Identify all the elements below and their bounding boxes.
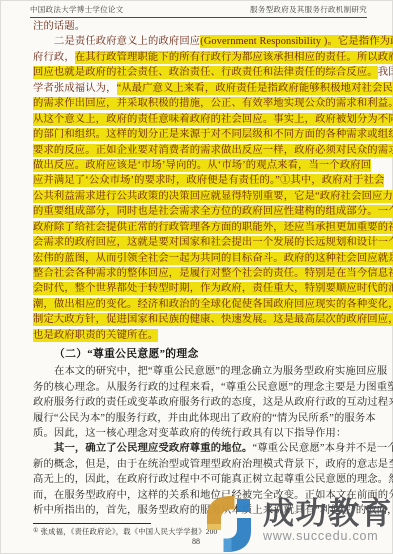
text-line: 政府服务行政的责任或变革政府服务行政的态度，这是从政府行政的互动过程来 — [33, 395, 367, 410]
highlighted-text: 也是政府职责的关键所在。 — [33, 330, 158, 341]
highlighted-text: 的重要组成部分，同时也是社会需求全方位的政府回应性建构的组成部分。一个 — [33, 206, 393, 217]
plain-text: 政府服务行政的责任或变革政府服务行政的态度，这是从政府行政的互动过程来 — [33, 397, 393, 408]
text-line: 会需求的政府回应，这就是要对国家和社会提出一个发展的长远规划和设计一个 — [33, 235, 367, 250]
text-line: 质。因此，这一核心理念对变革政府的传统行政具有以下指导作用： — [33, 426, 367, 441]
thesis-page: 中国政法大学博士学位论文 服务型政府及其服务行政机制研究 注的话题。二是责任政府… — [0, 0, 393, 554]
section-heading: （二）“尊重公民意愿”的理念 — [33, 346, 367, 362]
page-header: 中国政法大学博士学位论文 服务型政府及其服务行政机制研究 — [30, 4, 367, 18]
plain-text: 府行政， — [33, 52, 75, 63]
highlighted-text: 的部门和组织。这样的划分正是来源于对不同层级和不同方面的各种需求或组织 — [33, 129, 393, 140]
text-line: 回应也就是政府的社会责任、政治责任、行政责任和法律责任的综合反应。我国 — [33, 65, 367, 80]
highlighted-text: 要求的反应。正如企业要对消费者的需求做出反应一样，政府必须对民众的需求 — [33, 145, 393, 156]
text-line: 务的核心理念。从服务行政的过程来看，“尊重公民意愿”的理念主要是力图重塑 — [33, 380, 367, 395]
text-line: 的重要组成部分，同时也是社会需求全方位的政府回应性建构的组成部分。一个 — [33, 204, 367, 219]
text-line: 其一，确立了公民理应受政府尊重的地位。“尊重公民意愿”本身并不是一个 — [33, 441, 367, 456]
watermark: 成功教育 www.succedu.com — [200, 494, 393, 554]
highlighted-text: “从最广意义上来看，政府责任是指政府能够积极地对社会民众 — [117, 83, 393, 94]
text-line: 注的话题。 — [33, 19, 367, 34]
text-line: 也是政府职责的关键所在。 — [33, 328, 367, 343]
watermark-brand: 成功教育 — [263, 498, 393, 529]
text-line: 学者张成福认为，“从最广意义上来看，政府责任是指政府能够积极地对社会民众 — [33, 81, 367, 96]
highlighted-text: 整合社会各种需求的整体回应，是履行对整个社会的责任。特别是在当今信息社 — [33, 268, 393, 279]
footnote-divider — [33, 523, 151, 524]
plain-text: 学者张成福认为， — [33, 83, 117, 94]
highlighted-text: 应并满足了‘公众市场’的要求时，政府便是有责任的。”①其中，政府对于社会 — [33, 175, 384, 186]
plain-text: 新的概念，但是，由于在统治型或管理型政府治理模式背景下，政府的意志是至 — [33, 459, 393, 470]
text-line: 在本文的研究中，把“尊重公民意愿”的理念确立为服务型政府实施回应服 — [33, 364, 367, 379]
footnote-marker: ① — [33, 528, 39, 534]
text-line: 会时代，整个世界都处于转型时期，作为政府，责任重大，特别要顺应时代的浪 — [33, 281, 367, 296]
text-line: 制定大政方针，促进国家和民族的健康、快速发展。这是最高层次的政府回应， — [33, 312, 367, 327]
running-title-left: 中国政法大学博士学位论文 — [30, 4, 124, 15]
text-line: 宏伟的蓝图，从而引领全社会一起为共同的目标奋斗。政府的这种社会回应就是 — [33, 251, 367, 266]
text-line: 整合社会各种需求的整体回应，是履行对整个社会的责任。特别是在当今信息社 — [33, 266, 367, 281]
highlighted-text: 的需求作出回应，并采取积极的措施，公正、有效率地实现公众的需求和利益。 — [33, 98, 393, 109]
plain-text: 其一，确立了公民理应受政府尊重的地位。 — [54, 443, 253, 454]
text-line: 二是责任政府意义上的政府回应(Government Responsibility… — [33, 34, 367, 49]
plain-text: 在本文的研究中，把“尊重公民意愿”的理念确立为服务型政府实施回应服 — [54, 366, 387, 377]
plain-text: 我国 — [378, 67, 393, 78]
text-line: 的需求作出回应，并采取积极的措施，公正、有效率地实现公众的需求和利益。 — [33, 96, 367, 111]
running-title-right: 服务型政府及其服务行政机制研究 — [250, 4, 367, 15]
paragraph-government-responsibility: 注的话题。二是责任政府意义上的政府回应(Government Responsib… — [33, 19, 367, 343]
text-line: 公共利益需求进行公共政策的决策回应就显得特别重要，它是“政府社会回应力” — [33, 189, 367, 204]
text-line: 做出反应。政府应该是‘市场’导向的。从‘市场’的观点来看，当一个政府回 — [33, 158, 367, 173]
thesis-body: 注的话题。二是责任政府意义上的政府回应(Government Responsib… — [33, 19, 367, 537]
highlighted-text: 制定大政方针，促进国家和民族的健康、快速发展。这是最高层次的政府回应， — [33, 314, 393, 325]
watermark-url: www.succedu.com — [263, 529, 393, 543]
succedu-logo-icon — [200, 494, 258, 554]
highlighted-text: 从这个意义上，政府的责任意味着政府的社会回应。事实上，政府被划分为不同 — [33, 114, 393, 125]
text-line: 的部门和组织。这样的划分正是来源于对不同层级和不同方面的各种需求或组织 — [33, 127, 367, 142]
highlighted-text: 在其行政管理职能下的所有行政行为都应该承担相应的责任。所以政府 — [75, 52, 393, 63]
highlighted-text: 会时代，整个世界都处于转型时期，作为政府，责任重大，特别要顺应时代的浪 — [33, 283, 393, 294]
highlighted-text: 宏伟的蓝图，从而引领全社会一起为共同的目标奋斗。政府的这种社会回应就是 — [33, 253, 393, 264]
plain-text: 注的话题。 — [33, 21, 85, 32]
text-line: 新的概念，但是，由于在统治型或管理型政府治理模式背景下，政府的意志是至 — [33, 457, 367, 472]
text-line: 应并满足了‘公众市场’的要求时，政府便是有责任的。”①其中，政府对于社会 — [33, 173, 367, 188]
highlighted-text: 做出反应。政府应该是‘市场’导向的。从‘市场’的观点来看，当一个政府回 — [33, 160, 371, 171]
text-line: 府行政，在其行政管理职能下的所有行政行为都应该承担相应的责任。所以政府 — [33, 50, 367, 65]
highlighted-text: 回应也就是政府的社会责任、政治责任、行政责任和法律责任的综合反应。 — [33, 67, 378, 78]
plain-text: 履行“公民为本”的服务行政，并由此体现出了政府的“情为民所系”的服务本 — [33, 413, 376, 424]
text-line: 政府除了给社会提供正常的行政管理各方面的职能外，还应当承担更加重要的社 — [33, 220, 367, 235]
highlighted-text: 会需求的政府回应，这就是要对国家和社会提出一个发展的长远规划和设计一个 — [33, 237, 393, 248]
footnote-text: 张成福，《责任政府论》，载《中国人民大学学报》200 — [41, 527, 218, 536]
highlighted-text: (Government Responsibility )。它是指作为政 — [200, 36, 393, 47]
highlighted-text: 公共利益需求进行公共政策的决策回应就显得特别重要，它是“政府社会回应力” — [33, 191, 393, 202]
watermark-text-block: 成功教育 www.succedu.com — [263, 494, 393, 543]
plain-text: 质。因此，这一核心理念对变革政府的传统行政具有以下指导作用： — [33, 428, 346, 439]
text-line: 从这个意义上，政府的责任意味着政府的社会回应。事实上，政府被划分为不同 — [33, 112, 367, 127]
text-line: 履行“公民为本”的服务行政，并由此体现出了政府的“情为民所系”的服务本 — [33, 411, 367, 426]
plain-text: “尊重公民意愿”本身并不是一个 — [253, 443, 393, 454]
highlighted-text: 政府除了给社会提供正常的行政管理各方面的职能外，还应当承担更加重要的社 — [33, 222, 393, 233]
plain-text: 高无上的，因此，在政府行政过程中不可能真正树立起尊重公民意愿的理念。然 — [33, 474, 393, 485]
text-line: 潮，做出相应的变化。经济和政治的全球化促使各国政府回应现实的各种变化， — [33, 297, 367, 312]
plain-text: 二是责任政府意义上的政府回应 — [54, 36, 200, 47]
text-line: 要求的反应。正如企业要对消费者的需求做出反应一样，政府必须对民众的需求 — [33, 143, 367, 158]
text-line: 高无上的，因此，在政府行政过程中不可能真正树立起尊重公民意愿的理念。然 — [33, 472, 367, 487]
highlighted-text: 潮，做出相应的变化。经济和政治的全球化促使各国政府回应现实的各种变化， — [33, 299, 393, 310]
plain-text: 务的核心理念。从服务行政的过程来看，“尊重公民意愿”的理念主要是力图重塑 — [33, 382, 393, 393]
